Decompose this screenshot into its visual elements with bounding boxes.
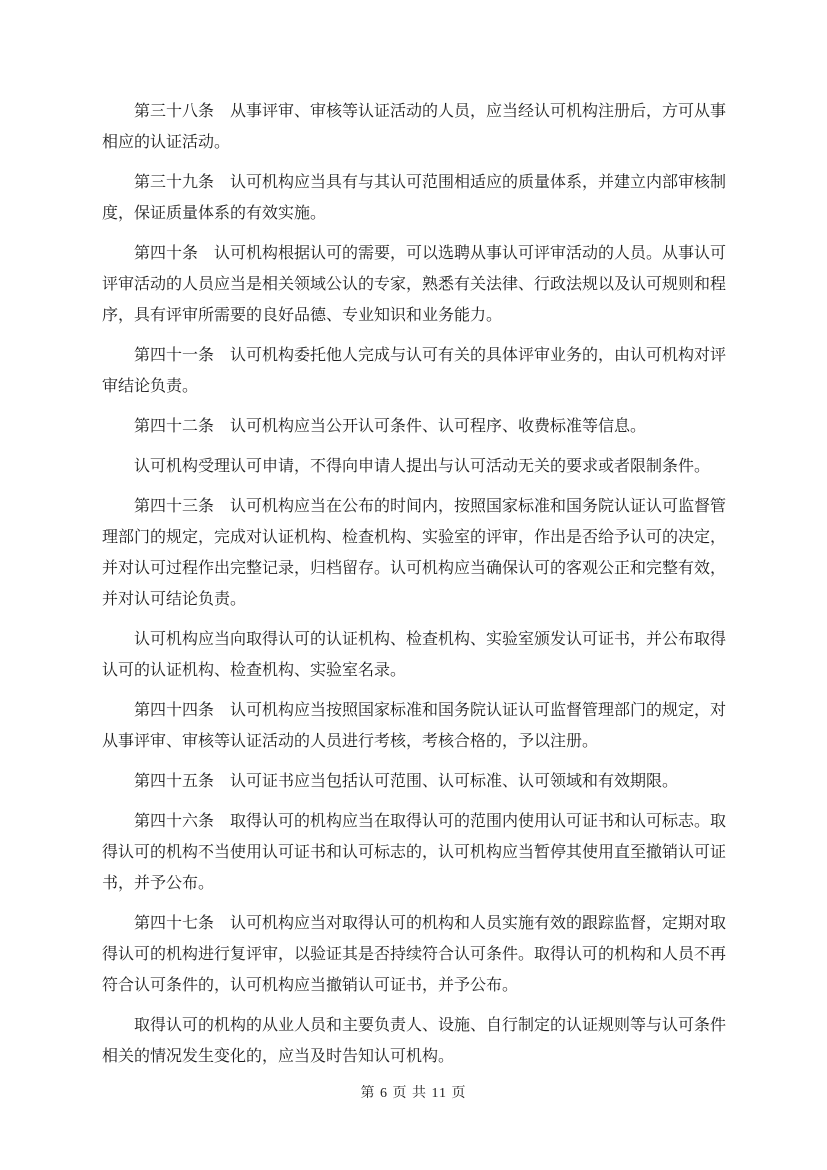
paragraph-article-42-clause-2: 认可机构受理认可申请，不得向申请人提出与认可活动无关的要求或者限制条件。 <box>102 451 726 482</box>
paragraph-article-39: 第三十九条 认可机构应当具有与其认可范围相适应的质量体系，并建立内部审核制度，保… <box>102 167 726 229</box>
paragraph-article-40: 第四十条 认可机构根据认可的需要，可以选聘从事认可评审活动的人员。从事认可评审活… <box>102 238 726 331</box>
paragraph-article-45: 第四十五条 认可证书应当包括认可范围、认可标准、认可领域和有效期限。 <box>102 766 726 797</box>
paragraph-article-38: 第三十八条 从事评审、审核等认证活动的人员，应当经认可机构注册后，方可从事相应的… <box>102 96 726 158</box>
paragraph-article-47: 第四十七条 认可机构应当对取得认可的机构和人员实施有效的跟踪监督，定期对取得认可… <box>102 908 726 1001</box>
document-body: 第三十八条 从事评审、审核等认证活动的人员，应当经认可机构注册后，方可从事相应的… <box>102 96 726 1081</box>
paragraph-article-46: 第四十六条 取得认可的机构应当在取得认可的范围内使用认可证书和认可标志。取得认可… <box>102 806 726 899</box>
paragraph-article-43-clause-2: 认可机构应当向取得认可的认证机构、检查机构、实验室颁发认可证书，并公布取得认可的… <box>102 624 726 686</box>
paragraph-article-42: 第四十二条 认可机构应当公开认可条件、认可程序、收费标准等信息。 <box>102 411 726 442</box>
page-number-label: 第 6 页 共 11 页 <box>361 1086 467 1101</box>
paragraph-article-41: 第四十一条 认可机构委托他人完成与认可有关的具体评审业务的，由认可机构对评审结论… <box>102 340 726 402</box>
paragraph-article-47-clause-2: 取得认可的机构的从业人员和主要负责人、设施、自行制定的认证规则等与认可条件相关的… <box>102 1010 726 1072</box>
page-footer: 第 6 页 共 11 页 <box>0 1082 827 1102</box>
document-page: 第三十八条 从事评审、审核等认证活动的人员，应当经认可机构注册后，方可从事相应的… <box>0 0 827 1170</box>
paragraph-article-44: 第四十四条 认可机构应当按照国家标准和国务院认证认可监督管理部门的规定，对从事评… <box>102 695 726 757</box>
paragraph-article-43: 第四十三条 认可机构应当在公布的时间内，按照国家标准和国务院认证认可监督管理部门… <box>102 491 726 615</box>
